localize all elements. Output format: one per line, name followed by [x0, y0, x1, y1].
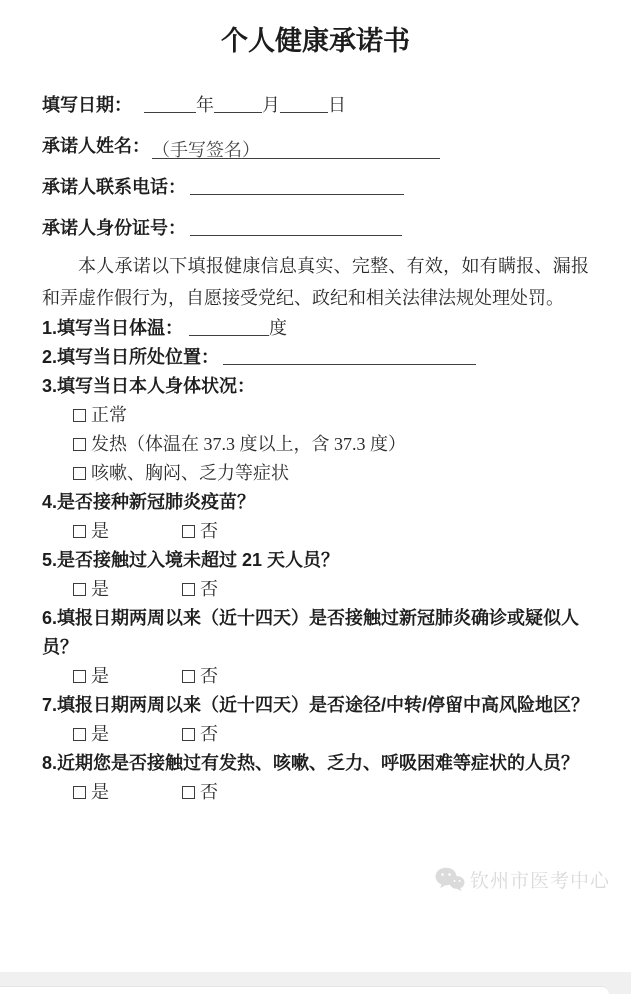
phone-label: 承诺人联系电话： — [42, 177, 186, 197]
q6-yes-no-row: 是否 — [42, 662, 589, 691]
q3-option-fever: 发热（体温在 37.3 度以上，含 37.3 度） — [42, 430, 589, 459]
question-1: 1.填写当日体温：度 — [42, 314, 589, 343]
q7-label: 7.填报日期两周以来（近十四天）是否途径/中转/停留中高风险地区？ — [42, 695, 589, 715]
q8-yes-no-row: 是否 — [42, 778, 589, 807]
checkbox-q5-no[interactable] — [182, 583, 195, 596]
id-row: 承诺人身份证号： — [42, 213, 589, 243]
wechat-icon — [435, 867, 465, 892]
name-row: 承诺人姓名：（手写签名） — [42, 131, 589, 161]
next-card[interactable] — [0, 986, 609, 994]
q1-unit: 度 — [269, 318, 287, 338]
id-label: 承诺人身份证号： — [42, 218, 186, 238]
date-label: 填写日期： — [42, 95, 132, 115]
q3-option-fever-label: 发热（体温在 37.3 度以上，含 37.3 度） — [91, 434, 406, 454]
q5-label: 5.是否接触过入境未超过 21 天人员？ — [42, 550, 339, 570]
checkbox-cough[interactable] — [73, 467, 86, 480]
q4-yes-label: 是 — [91, 521, 109, 541]
question-7: 7.填报日期两周以来（近十四天）是否途径/中转/停留中高风险地区？ — [42, 691, 589, 720]
checkbox-normal[interactable] — [73, 409, 86, 422]
name-label: 承诺人姓名： — [42, 136, 150, 156]
pledge-paragraph: 本人承诺以下填报健康信息真实、完整、有效，如有瞒报、漏报和弄虚作假行为，自愿接受… — [42, 250, 589, 314]
checkbox-q6-no[interactable] — [182, 670, 195, 683]
id-blank[interactable] — [190, 221, 402, 236]
temperature-blank[interactable] — [189, 321, 269, 336]
q3-option-normal: 正常 — [42, 401, 589, 430]
q3-option-normal-label: 正常 — [91, 405, 127, 425]
checkbox-fever[interactable] — [73, 438, 86, 451]
q4-label: 4.是否接种新冠肺炎疫苗？ — [42, 492, 255, 512]
q4-no-label: 否 — [200, 521, 218, 541]
checkbox-q4-yes[interactable] — [73, 525, 86, 538]
year-suffix: 年 — [196, 95, 214, 115]
watermark-text: 钦州市医考中心 — [470, 866, 610, 893]
q3-option-cough-label: 咳嗽、胸闷、乏力等症状 — [91, 463, 289, 483]
signature-hint: （手写签名） — [152, 140, 260, 160]
watermark: 钦州市医考中心 — [435, 866, 610, 893]
question-8: 8.近期您是否接触过有发热、咳嗽、乏力、呼吸困难等症状的人员？ — [42, 749, 589, 778]
q8-no-label: 否 — [200, 782, 218, 802]
q7-yes-no-row: 是否 — [42, 720, 589, 749]
year-blank[interactable] — [144, 98, 196, 113]
phone-blank[interactable] — [190, 180, 404, 195]
name-blank[interactable]: （手写签名） — [152, 135, 440, 159]
health-pledge-document: 个人健康承诺书 填写日期：年月日 承诺人姓名：（手写签名） 承诺人联系电话： 承… — [0, 0, 631, 994]
q6-yes-label: 是 — [91, 666, 109, 686]
q7-yes-label: 是 — [91, 724, 109, 744]
day-suffix: 日 — [328, 95, 346, 115]
phone-row: 承诺人联系电话： — [42, 172, 589, 202]
bottom-band — [0, 972, 631, 994]
q4-yes-no-row: 是否 — [42, 517, 589, 546]
question-6: 6.填报日期两周以来（近十四天）是否接触过新冠肺炎确诊或疑似人员？ — [42, 604, 589, 662]
q7-no-label: 否 — [200, 724, 218, 744]
q5-yes-label: 是 — [91, 579, 109, 599]
question-4: 4.是否接种新冠肺炎疫苗？ — [42, 488, 589, 517]
checkbox-q6-yes[interactable] — [73, 670, 86, 683]
checkbox-q7-yes[interactable] — [73, 728, 86, 741]
checkbox-q8-no[interactable] — [182, 786, 195, 799]
checkbox-q7-no[interactable] — [182, 728, 195, 741]
q2-label: 2.填写当日所处位置： — [42, 347, 219, 367]
q8-label: 8.近期您是否接触过有发热、咳嗽、乏力、呼吸困难等症状的人员？ — [42, 753, 579, 773]
checkbox-q8-yes[interactable] — [73, 786, 86, 799]
q1-label: 1.填写当日体温： — [42, 318, 183, 338]
checkbox-q4-no[interactable] — [182, 525, 195, 538]
question-2: 2.填写当日所处位置： — [42, 343, 589, 372]
q5-no-label: 否 — [200, 579, 218, 599]
question-5: 5.是否接触过入境未超过 21 天人员？ — [42, 546, 589, 575]
month-blank[interactable] — [214, 98, 262, 113]
question-3: 3.填写当日本人身体状况： — [42, 372, 589, 401]
q3-label: 3.填写当日本人身体状况： — [42, 376, 255, 396]
checkbox-q5-yes[interactable] — [73, 583, 86, 596]
q6-label: 6.填报日期两周以来（近十四天）是否接触过新冠肺炎确诊或疑似人员？ — [42, 608, 579, 657]
q8-yes-label: 是 — [91, 782, 109, 802]
q6-no-label: 否 — [200, 666, 218, 686]
location-blank[interactable] — [223, 350, 476, 365]
day-blank[interactable] — [280, 98, 328, 113]
q3-option-cough: 咳嗽、胸闷、乏力等症状 — [42, 459, 589, 488]
document-body: 个人健康承诺书 填写日期：年月日 承诺人姓名：（手写签名） 承诺人联系电话： 承… — [0, 24, 631, 807]
month-suffix: 月 — [262, 95, 280, 115]
date-row: 填写日期：年月日 — [42, 90, 589, 120]
page-title: 个人健康承诺书 — [42, 24, 589, 58]
q5-yes-no-row: 是否 — [42, 575, 589, 604]
